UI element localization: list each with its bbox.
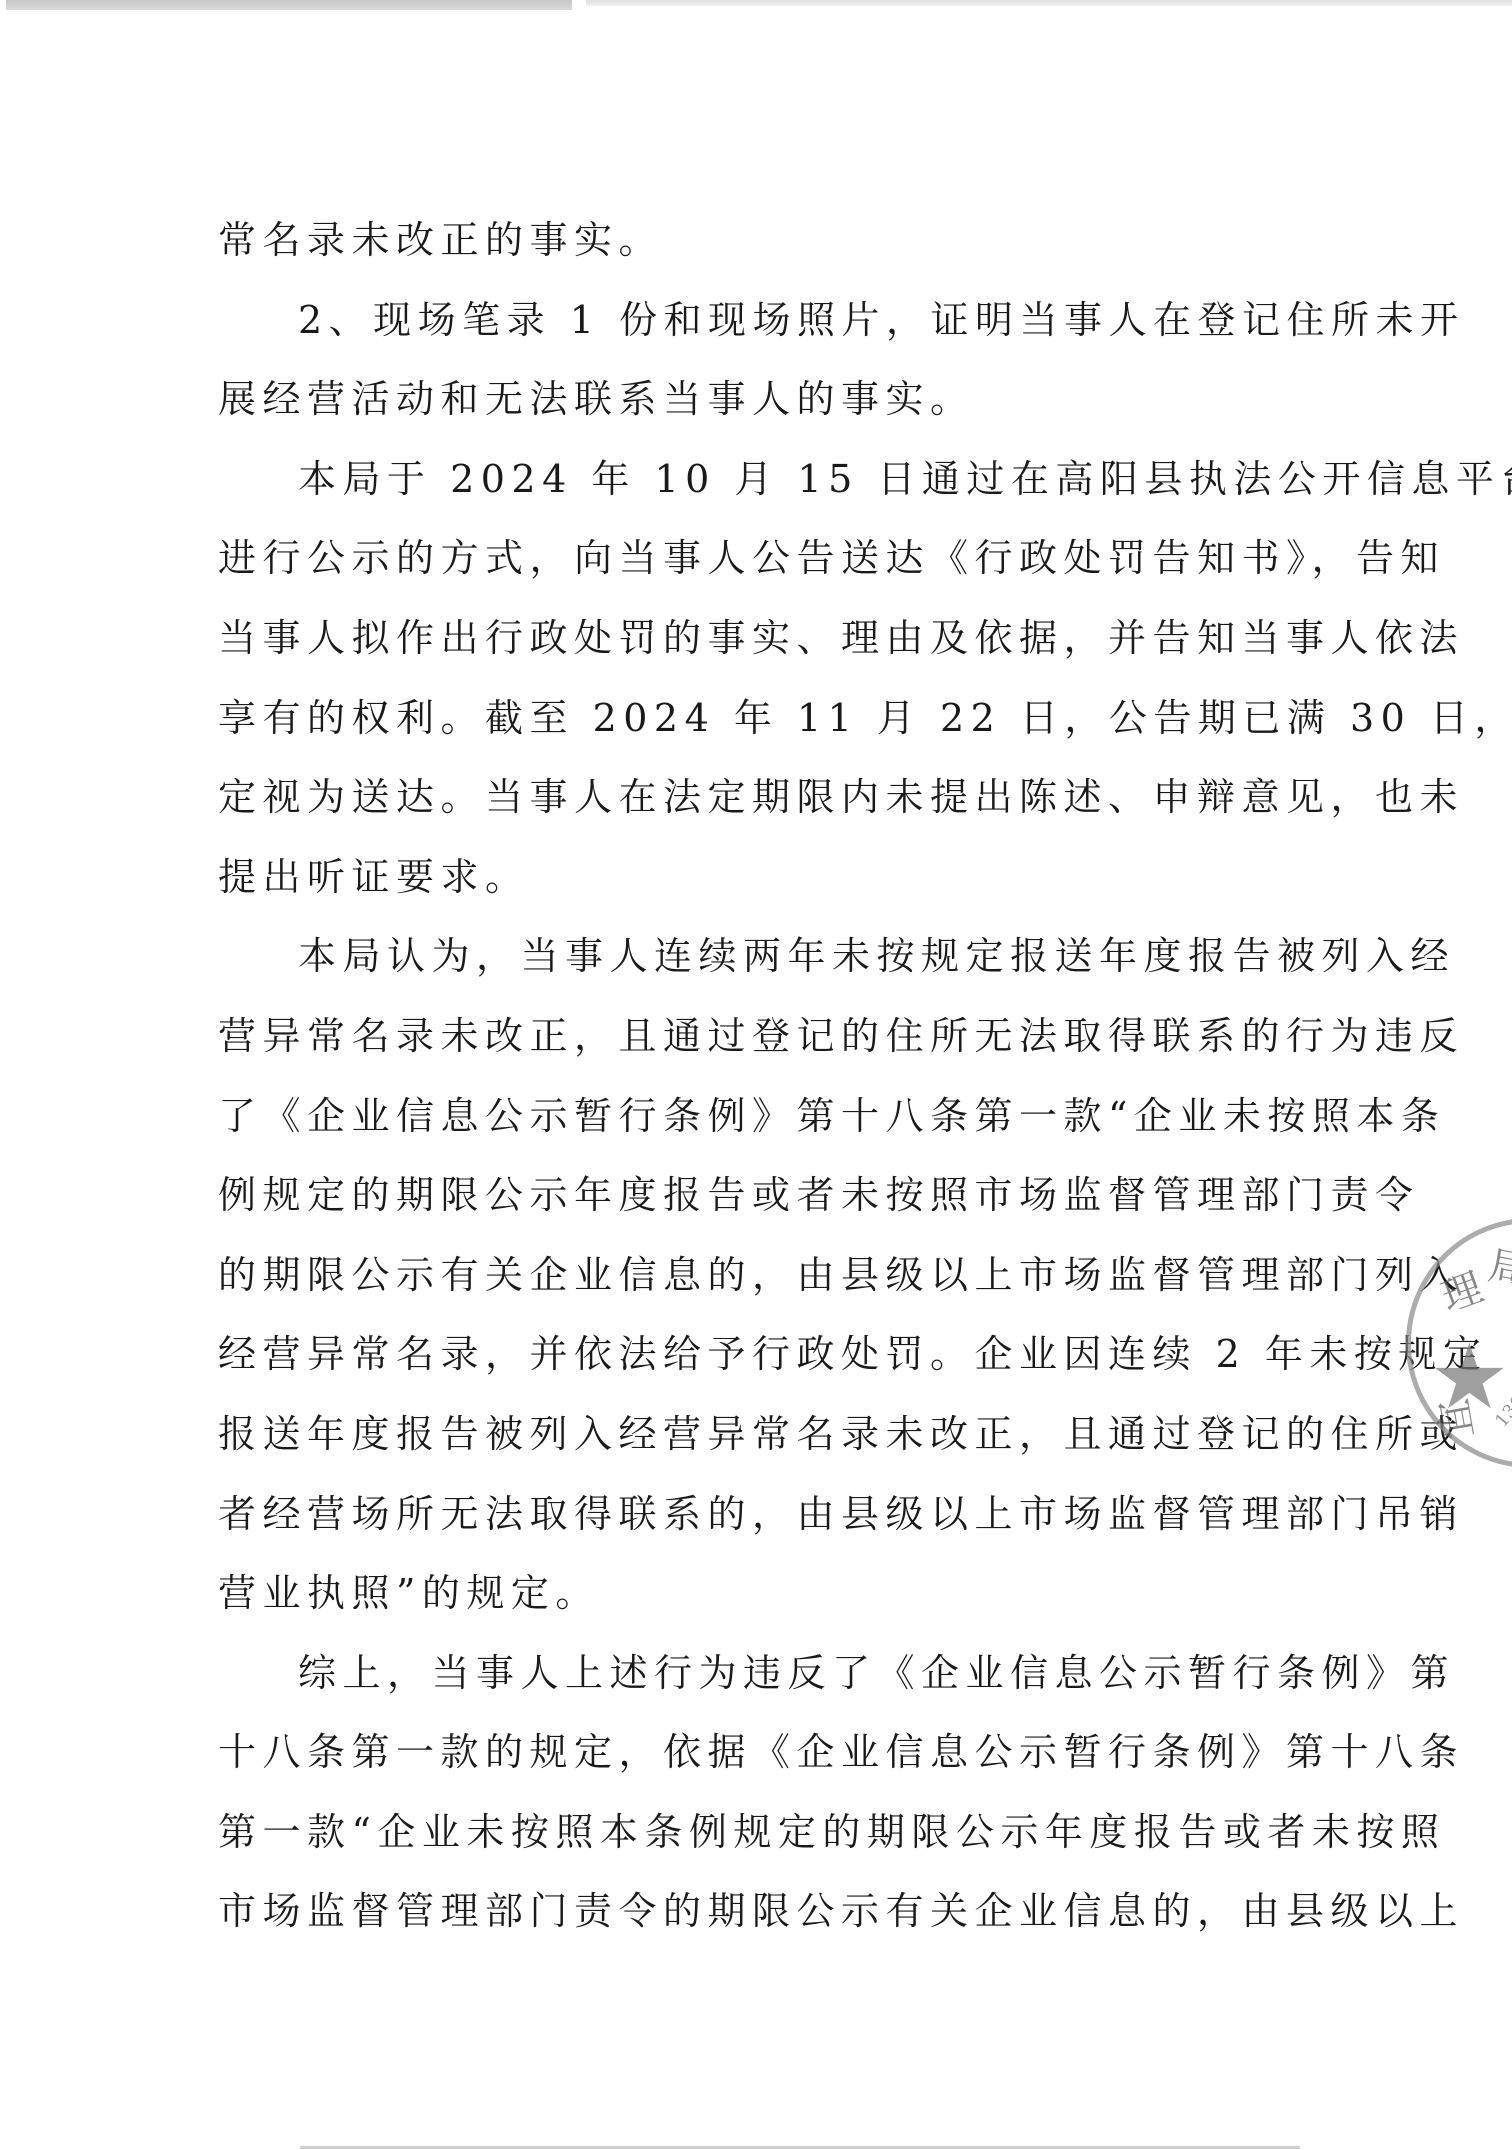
text-line: 者经营场所无法取得联系的，由县级以上市场监督管理部门吊销 (218, 1486, 1308, 1566)
text-line: 市场监督管理部门责令的期限公示有关企业信息的，由县级以上 (218, 1883, 1308, 1963)
text-line: 定视为送达。当事人在法定期限内未提出陈述、申辩意见，也未 (218, 769, 1308, 849)
text-line: 综上，当事人上述行为违反了《企业信息公示暂行条例》第 (218, 1645, 1308, 1725)
text-line: 本局认为，当事人连续两年未按规定报送年度报告被列入经 (218, 928, 1308, 1008)
document-body: 常名录未改正的事实。 2、现场笔录 1 份和现场照片，证明当事人在登记住所未开 … (218, 212, 1308, 1963)
text-line: 享有的权利。截至 2024 年 11 月 22 日，公告期已满 30 日，按规 (218, 690, 1308, 770)
text-line: 展经营活动和无法联系当事人的事实。 (218, 371, 1308, 451)
text-line: 的期限公示有关企业信息的，由县级以上市场监督管理部门列入 (218, 1247, 1308, 1327)
text-line: 营异常名录未改正，且通过登记的住所无法取得联系的行为违反 (218, 1008, 1308, 1088)
stamp-char: 宜 (1421, 1395, 1484, 1444)
text-line: 进行公示的方式，向当事人公告送达《行政处罚告知书》，告知 (218, 530, 1308, 610)
text-line: 2、现场笔录 1 份和现场照片，证明当事人在登记住所未开 (218, 292, 1308, 372)
text-line: 当事人拟作出行政处罚的事实、理由及依据，并告知当事人依法 (218, 610, 1308, 690)
stamp-char: 局 (1484, 1234, 1512, 1297)
text-line: 报送年度报告被列入经营异常名录未改正，且通过登记的住所或 (218, 1406, 1308, 1486)
scan-edge-shadow (6, 0, 572, 10)
text-line: 第一款“企业未按照本条例规定的期限公示年度报告或者未按照 (218, 1804, 1308, 1884)
text-line: 经营异常名录，并依法给予行政处罚。企业因连续 2 年未按规定 (218, 1326, 1308, 1406)
text-line: 十八条第一款的规定，依据《企业信息公示暂行条例》第十八条 (218, 1724, 1308, 1804)
text-line: 营业执照”的规定。 (218, 1565, 1308, 1645)
text-line: 本局于 2024 年 10 月 15 日通过在高阳县执法公开信息平台 (218, 451, 1308, 531)
scan-edge-shadow (586, 0, 1512, 6)
scan-edge-shadow (300, 2146, 1300, 2149)
stamp-char: 理 (1432, 1256, 1489, 1323)
text-line: 提出听证要求。 (218, 849, 1308, 929)
text-line: 例规定的期限公示年度报告或者未按照市场监督管理部门责令 (218, 1167, 1308, 1247)
text-line: 了《企业信息公示暂行条例》第十八条第一款“企业未按照本条 (218, 1088, 1308, 1168)
text-line: 常名录未改正的事实。 (218, 212, 1308, 292)
